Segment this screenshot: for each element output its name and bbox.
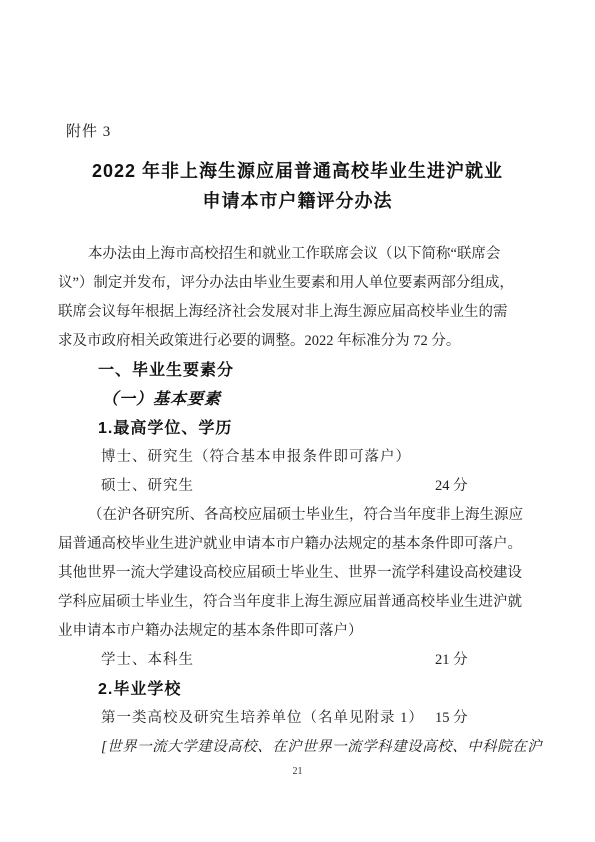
intro-paragraph-line: 本办法由上海市高校招生和就业工作联席会议（以下简称“联席会 (58, 240, 537, 269)
document-title: 2022 年非上海生源应届普通高校毕业生进沪就业 申请本市户籍评分办法 (0, 156, 595, 216)
tier1-school-label: 第一类高校及研究生培养单位（名单见附录 1） (101, 710, 424, 726)
master-note-line: 届普通高校毕业生进沪就业申请本市户籍办法规定的基本条件即可落户。 (58, 530, 537, 559)
tier1-school-score-value: 15 分 (435, 704, 468, 733)
document-title-line-2: 申请本市户籍评分办法 (0, 186, 595, 216)
subsection-1-heading: （一）基本要素 (58, 385, 537, 414)
intro-paragraph-line: 议”）制定并发布，评分办法由毕业生要素和用人单位要素两部分组成， (58, 269, 537, 298)
master-note-line: 其他世界一流大学建设高校应届硕士毕业生、世界一流学科建设高校建设 (58, 559, 537, 588)
bachelor-label: 学士、本科生 (101, 652, 194, 668)
tier1-school-note-line: [世界一流大学建设高校、在沪世界一流学科建设高校、中科院在沪 (58, 733, 537, 762)
master-label: 硕士、研究生 (101, 478, 194, 494)
master-score-row: 硕士、研究生 24 分 (58, 472, 537, 501)
bachelor-score-value: 21 分 (435, 646, 468, 675)
master-score-value: 24 分 (435, 472, 468, 501)
bachelor-score-row: 学士、本科生 21 分 (58, 646, 537, 675)
master-note-line: 业申请本市户籍办法规定的基本条件即可落户） (58, 617, 537, 646)
item-2-heading: 2.毕业学校 (58, 675, 537, 704)
item-1-heading: 1.最高学位、学历 (58, 414, 537, 443)
page-number: 21 (0, 766, 595, 777)
phd-qualification-line: 博士、研究生（符合基本申报条件即可落户） (58, 443, 537, 472)
document-page: 附件 3 2022 年非上海生源应届普通高校毕业生进沪就业 申请本市户籍评分办法… (0, 0, 595, 842)
intro-paragraph-line: 求及市政府相关政策进行必要的调整。2022 年标准分为 72 分。 (58, 327, 537, 356)
document-body: 本办法由上海市高校招生和就业工作联席会议（以下简称“联席会 议”）制定并发布，评… (58, 240, 537, 762)
intro-paragraph-line: 联席会议每年根据上海经济社会发展对非上海生源应届高校毕业生的需 (58, 298, 537, 327)
attachment-label: 附件 3 (66, 120, 111, 141)
section-1-heading: 一、毕业生要素分 (58, 356, 537, 385)
master-note-line: 学科应届硕士毕业生，符合当年度非上海生源应届普通高校毕业生进沪就 (58, 588, 537, 617)
master-note-line: （在沪各研究所、各高校应届硕士毕业生，符合当年度非上海生源应 (58, 501, 537, 530)
document-title-line-1: 2022 年非上海生源应届普通高校毕业生进沪就业 (0, 156, 595, 186)
tier1-school-score-row: 第一类高校及研究生培养单位（名单见附录 1） 15 分 (58, 704, 537, 733)
